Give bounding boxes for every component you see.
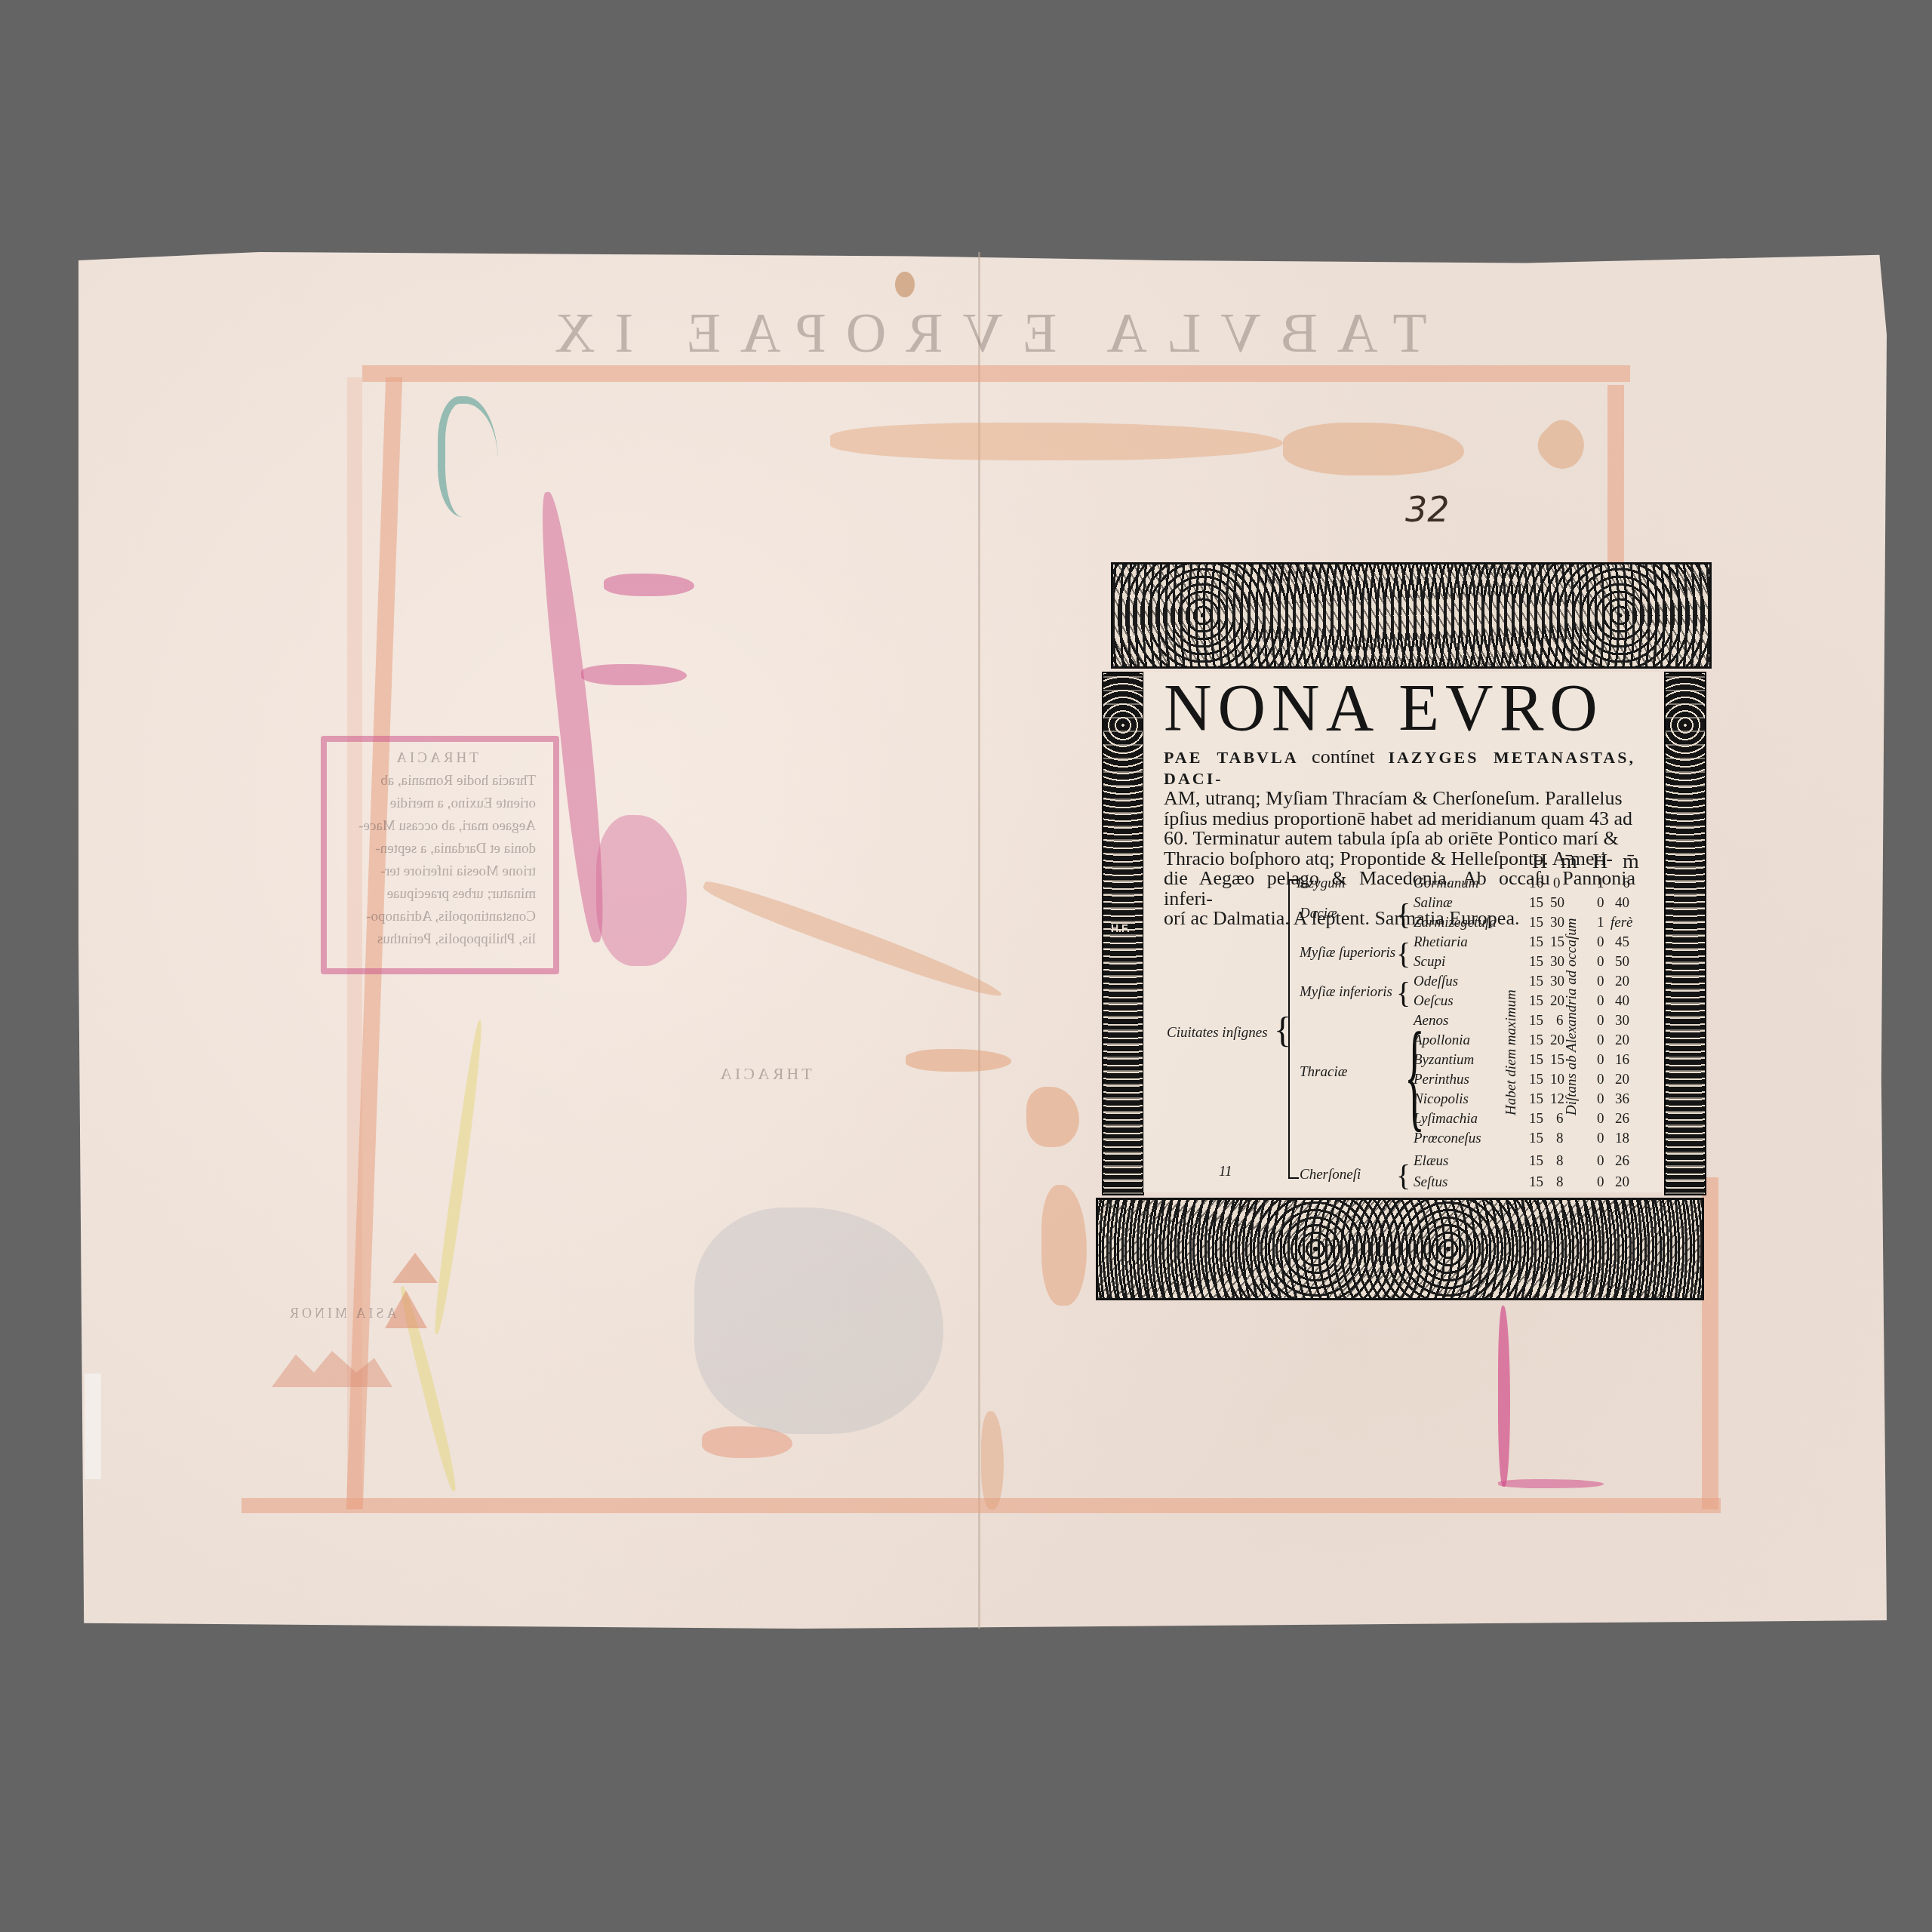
bracket-bottom [1288,1170,1299,1179]
cell-m1: 8 [1556,1153,1564,1170]
cell-m2: 26 [1615,1111,1629,1128]
mirrored-title: TABVLA EVROPAE IX [483,302,1479,366]
cell-m2: 50 [1615,954,1629,971]
curly-brace: { [1396,1158,1411,1194]
cell-m1: 10 [1550,1072,1564,1088]
cell-h2: 0 [1597,1131,1604,1147]
cell-m2: 45 [1615,934,1629,951]
cell-m1: 12 [1550,1091,1564,1108]
city-name: Oeſcus [1414,993,1454,1010]
cell-h1: 15 [1529,1072,1543,1088]
cell-m2: 18 [1615,1131,1629,1147]
cell-m2: 30 [1615,1013,1629,1029]
cell-m1: 8 [1556,1131,1564,1147]
woodcut-pillar-left: H.F. [1102,672,1144,1195]
cell-m1: 30 [1550,954,1564,971]
cell-h2: 0 [1597,1091,1604,1108]
cell-m1: 50 [1550,895,1564,912]
cell-h1: 15 [1529,915,1543,931]
curly-brace: { [1396,936,1411,972]
cell-h1: 15 [1529,1013,1543,1029]
cell-m1: 20 [1550,993,1564,1010]
cell-h2: 0 [1597,1052,1604,1069]
cell-m1: 6 [1556,1111,1564,1128]
cell-m1: 15 [1550,1052,1564,1069]
city-name: Odeſſus [1414,974,1458,990]
cell-m2: 36 [1615,1091,1629,1108]
region-label: Cherſoneſi [1300,1167,1361,1183]
cell-m2: 40 [1615,895,1629,912]
map-frame-right-upper [1607,385,1624,581]
coast-wash [830,423,1283,460]
city-name: Prœconeſus [1414,1131,1481,1147]
cell-h1: 16 [1529,875,1543,892]
pink-border [604,574,694,596]
map-frame-bottom [241,1498,1721,1513]
island-wash [906,1049,1011,1072]
region-label: Myſiæ ſuperioris [1300,945,1395,961]
cell-m1: 6 [1556,1013,1564,1029]
map-label-asia-minor: ASIA MINOR [287,1306,397,1321]
group-label: Ciuitates inſignes [1167,1025,1268,1041]
city-name: Gormanum [1414,875,1479,892]
ink-stain [895,272,915,297]
cell-m2: 6 [1623,875,1630,892]
cell-h1: 15 [1529,895,1543,912]
city-name: Byzantium [1414,1052,1474,1069]
cell-m1: 15 [1550,934,1564,951]
mirrored-cartouche-text: THRACIA Thracia hodie Romania, ab orient… [336,747,536,951]
cell-h1: 15 [1529,1131,1543,1147]
woodcut-ornament-top [1111,562,1712,669]
region-label: Myſiæ inferioris [1300,984,1392,1001]
cell-h2: 0 [1597,974,1604,990]
region-label: Thraciæ [1300,1064,1347,1081]
map-frame-right-lower [1702,1177,1718,1509]
cell-m1: 0 [1553,875,1561,892]
cell-h2: 0 [1597,895,1604,912]
pillar-initials: H.F. [1111,922,1130,934]
cell-m2: 20 [1615,1072,1629,1088]
cell-m1: 30 [1550,974,1564,990]
cell-h1: 15 [1529,954,1543,971]
cell-h2: 0 [1597,934,1604,951]
paper-repair-patch [85,1374,101,1479]
cell-m1: 30 [1550,915,1564,931]
cell-m2: ferè [1611,915,1633,931]
cell-h2: 0 [1597,1032,1604,1049]
handwritten-page-number: 32 [1405,489,1450,530]
woodcut-ornament-bottom [1096,1198,1704,1300]
pink-border [1498,1479,1604,1488]
col-header-h2: H [1592,850,1607,874]
pink-border [581,664,687,685]
city-name: Scupi [1414,954,1445,971]
block-title: NONA EVRO [1164,670,1604,746]
city-name: Elæus [1414,1153,1448,1170]
side-label-distance: Diſtans ab Alexandria ad occaſum [1564,918,1580,1115]
curly-brace: { [1396,975,1411,1011]
col-header-h1: H [1532,850,1547,874]
cell-h2: 0 [1597,1174,1604,1191]
cell-m2: 26 [1615,1153,1629,1170]
cell-h1: 15 [1529,1153,1543,1170]
map-frame-top [362,365,1630,382]
col-header-m2: m̄ [1623,850,1639,874]
region-label: Daciæ [1300,906,1337,922]
city-name: Aenos [1414,1013,1448,1029]
cell-m2: 40 [1615,993,1629,1010]
cell-h1: 15 [1529,1052,1543,1069]
cell-h2: 1 [1597,875,1604,892]
cell-m1: 8 [1556,1174,1564,1191]
cell-m2: 20 [1615,974,1629,990]
side-label-longest-day: Habet diem maximum [1503,989,1520,1115]
cell-m1: 20 [1550,1032,1564,1049]
cell-m2: 20 [1615,1032,1629,1049]
city-name: Salinæ [1414,895,1453,912]
cell-h2: 0 [1597,1153,1604,1170]
cell-h2: 0 [1597,1072,1604,1088]
cell-h1: 15 [1529,934,1543,951]
cell-m2: 20 [1615,1174,1629,1191]
cell-h2: 0 [1597,1013,1604,1029]
cell-h1: 15 [1529,1032,1543,1049]
cell-h1: 15 [1529,993,1543,1010]
cell-h1: 15 [1529,1091,1543,1108]
city-name: Nicopolis [1414,1091,1469,1108]
cell-h2: 0 [1597,1111,1604,1128]
city-name: Zarmizegetuſa [1414,915,1497,931]
city-name: Apollonia [1414,1032,1470,1049]
cell-h1: 15 [1529,1174,1543,1191]
curly-brace: { [1274,1013,1291,1049]
cell-h1: 15 [1529,1111,1543,1128]
cell-h2: 0 [1597,954,1604,971]
region-label: Iazygum [1297,875,1345,892]
cell-h1: 15 [1529,974,1543,990]
cell-m2: 16 [1615,1052,1629,1069]
cartouche-wash [702,1426,792,1458]
cell-h2: 0 [1597,993,1604,1010]
map-label-thracia: THRACIA [717,1064,812,1084]
city-name: Rhetiaria [1414,934,1468,951]
city-name: Perinthus [1414,1072,1469,1088]
footnote-mark: 11 [1219,1164,1232,1180]
woodcut-pillar-right [1664,672,1706,1195]
cell-h2: 1 [1597,915,1604,931]
city-name: Seſtus [1414,1174,1447,1191]
curly-brace: { [1396,897,1411,933]
city-name: Lyſimachia [1414,1111,1478,1128]
col-header-m1: m̄ [1561,850,1577,874]
